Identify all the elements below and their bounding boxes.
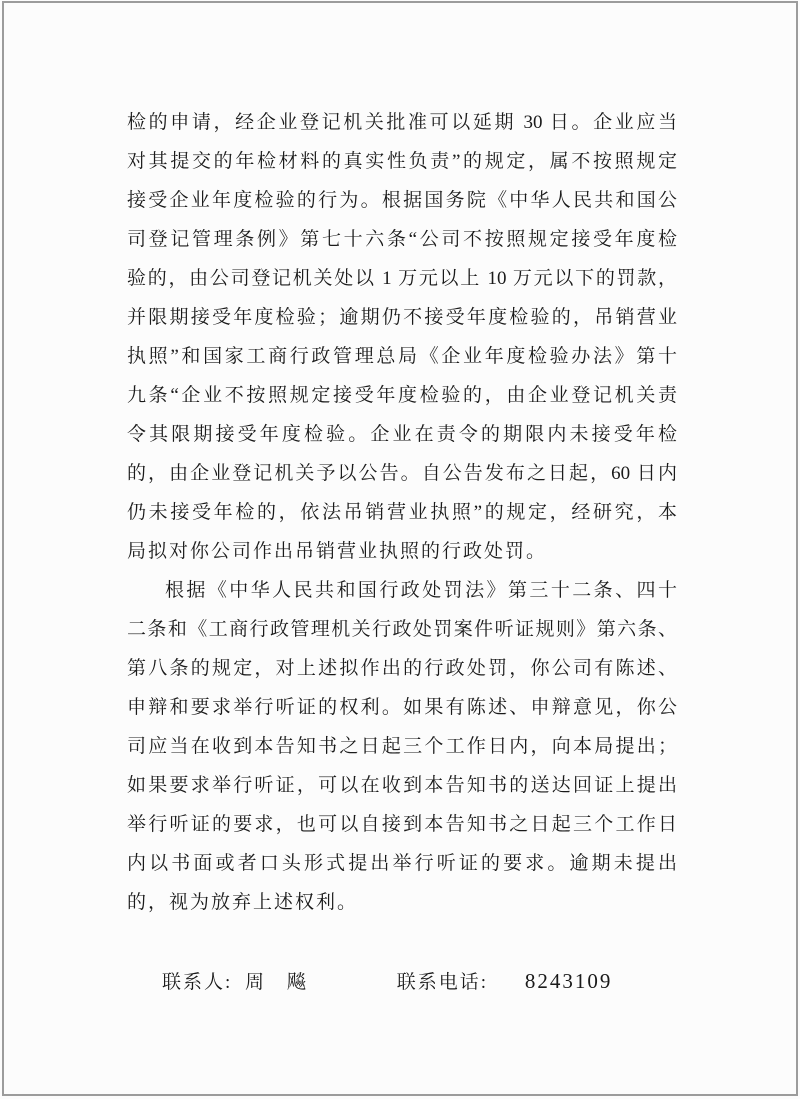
text-line-10: 的，由企业登记机关予以公告。自公告发布之日起，60 日内 <box>127 454 677 493</box>
contact-person-label: 联系人: <box>162 963 232 1002</box>
text-line-06: 并限期接受年度检验；逾期仍不接受年度检验的，吊销营业 <box>127 298 677 337</box>
text-line-13: 根据《中华人民共和国行政处罚法》第三十二条、四十 <box>127 571 677 610</box>
contact-person-name: 周 飚 <box>245 963 308 1002</box>
contact-row: 联系人: 周 飚 联系电话: 8243109 <box>162 962 612 1001</box>
text-line-11: 仍未接受年检的，依法吊销营业执照”的规定，经研究，本 <box>127 493 677 532</box>
text-line-03: 接受企业年度检验的行为。根据国务院《中华人民共和国公 <box>127 181 677 220</box>
text-line-19: 举行听证的要求，也可以自接到本告知书之日起三个工作日 <box>127 805 677 844</box>
document-page: 检的申请，经企业登记机关批准可以延期 30 日。企业应当 对其提交的年检材料的真… <box>0 0 800 1099</box>
text-line-18: 如果要求举行听证，可以在收到本告知书的送达回证上提出 <box>127 766 677 805</box>
text-line-15: 第八条的规定，对上述拟作出的行政处罚，你公司有陈述、 <box>127 649 677 688</box>
text-line-20: 内以书面或者口头形式提出举行听证的要求。逾期未提出 <box>127 844 677 883</box>
contact-phone-number: 8243109 <box>525 962 613 1001</box>
text-line-07: 执照”和国家工商行政管理总局《企业年度检验办法》第十 <box>127 337 677 376</box>
text-line-14: 二条和《工商行政管理机关行政处罚案件听证规则》第六条、 <box>127 610 677 649</box>
document-body: 检的申请，经企业登记机关批准可以延期 30 日。企业应当 对其提交的年检材料的真… <box>127 103 677 922</box>
text-line-05: 验的，由公司登记机关处以 1 万元以上 10 万元以下的罚款， <box>127 259 677 298</box>
text-line-08: 九条“企业不按照规定接受年度检验的，由企业登记机关责 <box>127 376 677 415</box>
text-line-04: 司登记管理条例》第七十六条“公司不按照规定接受年度检 <box>127 220 677 259</box>
text-line-02: 对其提交的年检材料的真实性负责”的规定，属不按照规定 <box>127 142 677 181</box>
contact-phone-label: 联系电话: <box>397 963 488 1002</box>
text-line-17: 司应当在收到本告知书之日起三个工作日内，向本局提出； <box>127 727 677 766</box>
text-line-12: 局拟对你公司作出吊销营业执照的行政处罚。 <box>127 532 677 571</box>
text-line-16: 申辩和要求举行听证的权利。如果有陈述、申辩意见，你公 <box>127 688 677 727</box>
text-line-21: 的，视为放弃上述权利。 <box>127 883 677 922</box>
text-line-09: 令其限期接受年度检验。企业在责令的期限内未接受年检 <box>127 415 677 454</box>
text-line-01: 检的申请，经企业登记机关批准可以延期 30 日。企业应当 <box>127 103 677 142</box>
